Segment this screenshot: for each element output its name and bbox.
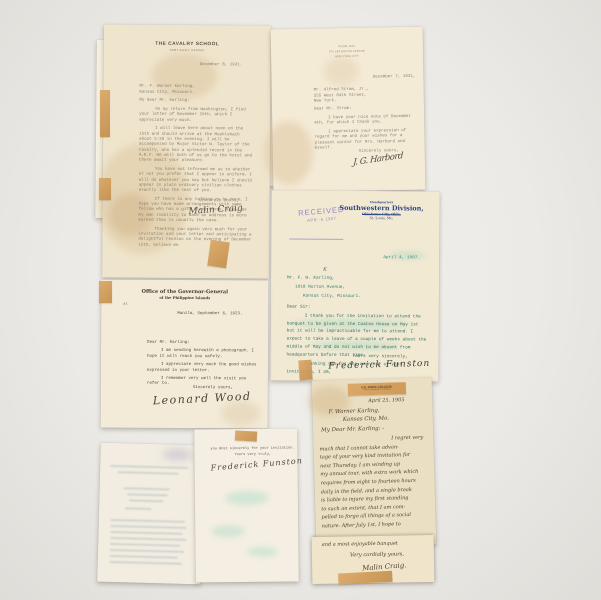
ghost-text-line [110,549,184,553]
funston-date: April 4, 1907. [383,255,420,260]
paragraph: On my return from Washington, I find you… [139,108,253,125]
tape-piece [99,178,111,200]
tape-piece [298,360,312,381]
letter-funston-1907: RECEIVED APR -5 1907 Headquarters Southw… [270,190,439,381]
paragraph: Thanking you again very much for your in… [138,227,252,249]
wood-closing: Sincerely yours, [193,386,233,390]
letterhead-line: of the Philippine Islands [101,296,268,301]
ghost-text-line [124,487,170,490]
letterhead-line: Office of the Governor-General [101,289,268,296]
staff-college-tape-label: U.S. STAFF COLLEGE. FORT LEAVENWORTH, KA… [348,382,406,396]
ghost-text-line [125,507,151,510]
wood-margin-note: al [123,303,127,307]
recipient-line: Mr. F. W. Karling, [287,275,361,284]
water-stain [221,400,261,426]
paragraph: I am sending herewith a photograph. I ho… [147,349,261,361]
ghost-text-line [111,525,187,529]
cavalry-salutation: My dear Mr. Karling: [139,99,189,103]
funston-salutation: Dear Sir: [287,305,311,310]
paragraph: You have not informed me as to whether o… [139,167,253,195]
letter-harbord: ROOM 1512 570 LEXINGTON AVENUE NEW YORK … [271,27,426,193]
ghost-text-line [110,555,178,559]
governor-general-letterhead: Office of the Governor-General of the Ph… [101,289,268,301]
funston-closing: Yours very sincerely, [352,354,407,359]
tape-piece [207,240,229,268]
wood-date: Manila, September 6, 1923. [177,312,242,316]
stamp-ghost [162,448,192,461]
wood-body: I am sending herewith a photograph. I ho… [147,349,261,389]
tape-piece [100,90,110,137]
pencil-correction: K [323,267,327,273]
cavalry-date: December 8, 1931. [200,63,243,67]
harbord-recipient: Mr. Alfred Strom, Jr., 255 West 84th Str… [314,88,370,106]
tape-label-line: FORT LEAVENWORTH, KANSAS [348,388,406,392]
hand-line: nature. After July 1st, I hope to [322,519,430,531]
recipient-line: New York. [314,99,369,106]
tape-piece [99,281,112,303]
leonard-wood-signature: Leonard Wood [153,390,252,408]
letterhead-line: St. Louis, Mo. [329,216,433,221]
photograph-of-letters: THE CAVALRY SCHOOL FORT RILEY, KANSAS De… [0,0,601,600]
letter-cavalry-school: THE CAVALRY SCHOOL FORT RILEY, KANSAS De… [102,24,271,278]
craig-salutation: My Dear Mr. Karling: - [321,426,384,434]
letter-craig-1905: U.S. STAFF COLLEGE. FORT LEAVENWORTH, KA… [312,377,437,547]
ghost-text-line [110,531,182,535]
division-letterhead: Headquarters Southwestern Division, Okla… [329,200,433,221]
paragraph: I thank you for the invitation to attend… [286,313,428,360]
harbord-salutation: Dear Mr. Strom: [314,107,352,112]
cavalry-letterhead-sub: FORT RILEY, KANSAS [104,48,271,52]
recipient-line: Kansas City, Missouri. [139,90,194,96]
closing-page-line1: you most sincerely for your invitation. [210,446,296,451]
wood-salutation: Dear Mr. Karling: [147,341,190,345]
paragraph: I will leave here about noon on the 15th… [139,127,253,165]
ghost-text-line [129,499,163,502]
cavalry-body: On my return from Washington, I find you… [138,108,253,250]
strip-line1: and a most enjoyable banquet [322,541,398,548]
craig-body: I regret very much that I cannot take ad… [319,434,430,532]
ink-smudge [211,525,245,537]
water-stain [323,56,360,87]
ghost-text-line [127,493,167,496]
ghost-text-line [110,537,186,541]
recipient-line: Kansas City, Missouri. [303,292,361,301]
paragraph: I have your nice note of December 4th, f… [314,115,416,128]
craig-date: April 25, 1905 [368,397,404,404]
ghost-text-line [110,561,182,565]
ghost-text-line [110,543,180,547]
strip-line2: Very cordially yours, [350,551,404,558]
funston-recipient: Mr. F. W. Karling, 1918 Norton Avenue, K… [287,275,361,302]
letter-funston-closing-page: you most sincerely for your invitation. … [194,428,299,582]
faint-carbon-sheet [97,443,204,585]
craig-recipient1: F. Warner Karling, [328,408,379,415]
funston-signature-2: Frederick Funston [210,456,303,472]
stamp-underline [289,239,343,240]
cavalry-closing: Sincerely yours, [199,199,239,203]
ink-smudge [225,491,269,505]
closing-page-line2: Yours very truly, [234,453,271,457]
ghost-text-line [118,471,178,475]
paragraph: I appreciate very much the good wishes e… [147,363,261,375]
harbord-date: December 7, 1931, [373,75,416,80]
letter-craig-1905-last-page: and a most enjoyable banquet Very cordia… [312,535,435,584]
ink-smudge [247,547,277,557]
letter-leonard-wood: Office of the Governor-General of the Ph… [101,280,269,429]
ghost-text-line [110,465,188,469]
recipient-line: 1918 Norton Avenue, [295,283,361,292]
craig-recipient2: Kansas City, Mo. [343,416,389,423]
harbord-body: I have your nice note of December 4th, f… [314,115,417,152]
cavalry-recipient: Mr. F. Warner Karling, Kansas City, Miss… [139,85,194,97]
ghost-text-line [111,519,185,523]
harbord-letterhead: ROOM 1512 570 LEXINGTON AVENUE NEW YORK … [271,44,423,61]
cavalry-letterhead: THE CAVALRY SCHOOL [104,41,271,47]
tape-piece [235,430,257,441]
tape-piece [338,571,393,585]
